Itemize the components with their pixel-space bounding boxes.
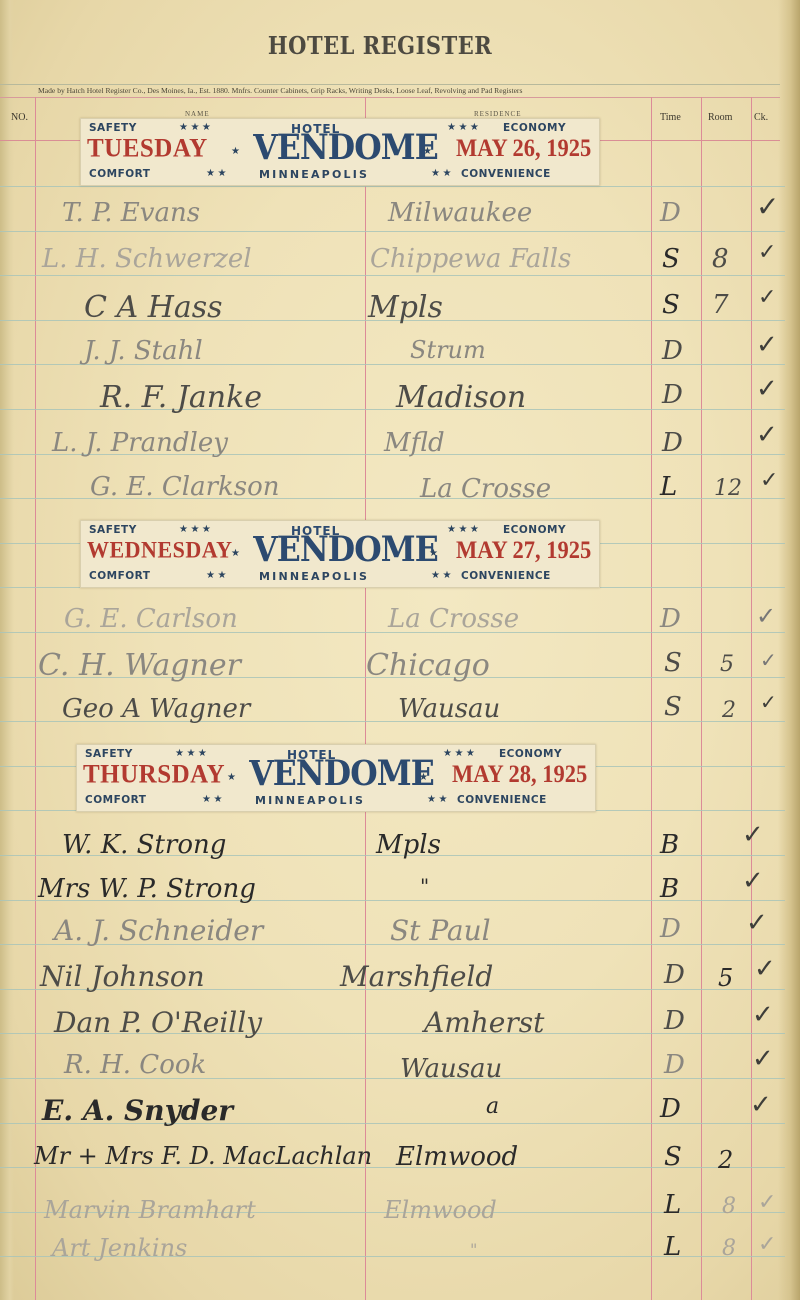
guest-room: 7	[712, 290, 729, 320]
ruled-line	[0, 231, 785, 232]
page-right-edge	[778, 0, 800, 1300]
guest-name: Mrs W. P. Strong	[38, 874, 256, 904]
register-page: HOTEL REGISTER Made by Hatch Hotel Regis…	[0, 0, 800, 1300]
column-header-time: Time	[660, 112, 681, 123]
guest-room: 2	[722, 698, 736, 723]
guest-residence: Marshfield	[340, 960, 493, 993]
column-header-residence: RESIDENCE	[474, 110, 522, 118]
guest-room: 2	[718, 1146, 733, 1174]
star-icon: ★	[423, 146, 432, 157]
column-header-name: NAME	[185, 110, 210, 118]
guest-time: D	[662, 380, 683, 410]
guest-name: A. J. Schneider	[54, 914, 263, 947]
check-mark-icon: ✓	[760, 690, 777, 714]
star-icon: ★	[231, 146, 240, 157]
guest-time: D	[664, 1050, 685, 1080]
guest-time: L	[664, 1190, 681, 1220]
star-icon: ★	[419, 772, 428, 783]
guest-name: R. F. Janke	[100, 380, 262, 415]
check-mark-icon: ✓	[754, 954, 776, 984]
banner-date: MAY 28, 1925	[452, 761, 587, 789]
column-header-no: NO.	[11, 112, 28, 123]
rule-line	[0, 84, 780, 85]
date-banner-thursday: SAFETY ★ ★ ★ HOTEL ★ ★ ★ ECONOMY THURSDA…	[76, 744, 596, 812]
guest-name: G. E. Clarkson	[90, 472, 280, 502]
stars-icon: ★ ★ ★	[175, 748, 207, 759]
guest-residence: Amherst	[424, 1006, 544, 1039]
banner-day: THURSDAY	[83, 760, 225, 789]
guest-name: J. J. Stahl	[84, 336, 203, 366]
guest-room: 8	[712, 244, 729, 274]
banner-date: MAY 27, 1925	[456, 537, 591, 565]
stars-icon: ★ ★ ★	[443, 748, 475, 759]
ruled-line	[0, 275, 785, 276]
banner-hotel-name: VENDOME	[253, 127, 438, 168]
check-mark-icon: ✓	[752, 1000, 774, 1030]
banner-safety: SAFETY	[89, 122, 137, 134]
check-mark-icon: ✓	[760, 648, 777, 672]
guest-room: 12	[714, 476, 742, 501]
check-mark-icon: ✓	[758, 240, 776, 265]
column-rule-room	[701, 97, 702, 1300]
stars-icon: ★ ★ ★	[179, 122, 211, 133]
banner-city: MINNEAPOLIS	[259, 168, 369, 181]
banner-convenience: CONVENIENCE	[461, 168, 551, 180]
guest-room: 5	[720, 652, 734, 677]
guest-time: D	[662, 336, 683, 366]
guest-time: D	[662, 428, 683, 458]
guest-name: Marvin Bramhart	[44, 1196, 256, 1224]
guest-residence: a	[486, 1094, 499, 1119]
guest-residence: Chippewa Falls	[370, 244, 571, 274]
guest-residence: "	[420, 874, 429, 898]
guest-time: B	[660, 874, 679, 904]
guest-name: Nil Johnson	[40, 960, 205, 993]
check-mark-icon: ✓	[750, 1090, 772, 1120]
banner-economy: ECONOMY	[503, 524, 566, 536]
banner-comfort: COMFORT	[89, 168, 150, 180]
guest-time: L	[660, 472, 677, 502]
banner-comfort: COMFORT	[85, 794, 146, 806]
stars-icon: ★ ★ ★	[447, 524, 479, 535]
guest-room: 5	[718, 964, 733, 992]
guest-time: L	[664, 1232, 681, 1262]
guest-time: S	[664, 692, 682, 722]
guest-residence: Elmwood	[384, 1196, 497, 1224]
guest-name: L. H. Schwerzel	[42, 244, 252, 274]
guest-time: S	[664, 1142, 682, 1172]
guest-residence: "	[470, 1240, 477, 1259]
star-icon: ★	[231, 548, 240, 559]
guest-room: 8	[722, 1236, 736, 1261]
guest-name: E. A. Snyder	[42, 1094, 233, 1127]
check-mark-icon: ✓	[756, 602, 776, 630]
banner-safety: SAFETY	[85, 748, 133, 760]
guest-name: C. H. Wagner	[38, 648, 241, 683]
page-title: HOTEL REGISTER	[0, 31, 760, 60]
stars-icon: ★ ★	[206, 570, 226, 581]
banner-city: MINNEAPOLIS	[259, 570, 369, 583]
guest-name: L. J. Prandley	[52, 428, 228, 458]
guest-residence: La Crosse	[420, 474, 551, 504]
check-mark-icon: ✓	[756, 190, 779, 223]
check-mark-icon: ✓	[758, 1232, 776, 1257]
banner-hotel-name: VENDOME	[253, 529, 438, 570]
guest-time: B	[660, 830, 679, 860]
banner-convenience: CONVENIENCE	[461, 570, 551, 582]
column-header-room: Room	[708, 112, 732, 123]
guest-time: S	[662, 244, 680, 274]
column-rule-residence	[365, 97, 366, 1300]
banner-convenience: CONVENIENCE	[457, 794, 547, 806]
banner-day: TUESDAY	[87, 134, 208, 163]
check-mark-icon: ✓	[742, 820, 764, 850]
guest-residence: Mpls	[376, 830, 441, 860]
column-rule-no	[35, 97, 36, 1300]
guest-residence: Mfld	[384, 428, 445, 458]
banner-economy: ECONOMY	[503, 122, 566, 134]
check-mark-icon: ✓	[760, 468, 778, 493]
check-mark-icon: ✓	[758, 285, 776, 310]
guest-name: Geo A Wagner	[62, 694, 250, 724]
guest-name: Dan P. O'Reilly	[54, 1006, 262, 1039]
stars-icon: ★ ★	[427, 794, 447, 805]
guest-time: D	[660, 1094, 681, 1124]
guest-residence: Milwaukee	[388, 198, 532, 228]
guest-time: D	[660, 604, 681, 634]
check-mark-icon: ✓	[742, 866, 764, 896]
guest-name: Art Jenkins	[52, 1234, 187, 1262]
guest-residence: St Paul	[390, 914, 491, 947]
date-banner-tuesday: SAFETY ★ ★ ★ HOTEL ★ ★ ★ ECONOMY TUESDAY…	[80, 118, 600, 186]
guest-time: S	[662, 290, 680, 320]
guest-residence: Wausau	[398, 694, 500, 724]
guest-name: Mr + Mrs F. D. MacLachlan	[34, 1142, 372, 1170]
guest-name: R. H. Cook	[64, 1050, 206, 1080]
column-header-ck: Ck.	[754, 112, 768, 123]
check-mark-icon: ✓	[756, 420, 778, 450]
stars-icon: ★ ★ ★	[179, 524, 211, 535]
check-mark-icon: ✓	[758, 1190, 776, 1215]
banner-hotel-name: VENDOME	[249, 753, 434, 794]
stars-icon: ★ ★	[202, 794, 222, 805]
guest-name: C A Hass	[84, 290, 223, 325]
guest-residence: Wausau	[400, 1054, 502, 1084]
column-rule-time	[651, 97, 652, 1300]
guest-time: D	[664, 960, 685, 990]
banner-city: MINNEAPOLIS	[255, 794, 365, 807]
guest-time: S	[664, 648, 682, 678]
stars-icon: ★ ★	[431, 570, 451, 581]
guest-name: T. P. Evans	[62, 198, 200, 228]
banner-day: WEDNESDAY	[87, 536, 233, 563]
banner-economy: ECONOMY	[499, 748, 562, 760]
guest-time: D	[660, 198, 681, 228]
date-banner-wednesday: SAFETY ★ ★ ★ HOTEL ★ ★ ★ ECONOMY WEDNESD…	[80, 520, 600, 588]
guest-time: D	[664, 1006, 685, 1036]
stars-icon: ★ ★	[206, 168, 226, 179]
guest-residence: Chicago	[366, 648, 490, 683]
guest-residence: Madison	[396, 380, 526, 415]
guest-name: G. E. Carlson	[64, 604, 238, 634]
banner-date: MAY 26, 1925	[456, 135, 591, 163]
check-mark-icon: ✓	[752, 1044, 774, 1074]
ruled-line	[0, 186, 785, 187]
maker-line: Made by Hatch Hotel Register Co., Des Mo…	[38, 86, 522, 95]
guest-time: D	[660, 914, 681, 944]
banner-safety: SAFETY	[89, 524, 137, 536]
guest-residence: Mpls	[368, 290, 443, 325]
banner-comfort: COMFORT	[89, 570, 150, 582]
page-left-edge	[0, 0, 14, 1300]
guest-residence: Elmwood	[396, 1142, 518, 1172]
guest-residence: La Crosse	[388, 604, 519, 634]
check-mark-icon: ✓	[746, 908, 768, 938]
guest-name: W. K. Strong	[62, 830, 226, 860]
stars-icon: ★ ★ ★	[447, 122, 479, 133]
check-mark-icon: ✓	[756, 330, 778, 360]
guest-residence: Strum	[410, 336, 486, 364]
stars-icon: ★ ★	[431, 168, 451, 179]
star-icon: ★	[227, 772, 236, 783]
check-mark-icon: ✓	[756, 374, 778, 404]
star-icon: ★	[429, 548, 438, 559]
rule-line	[0, 97, 780, 98]
guest-room: 8	[722, 1194, 736, 1219]
